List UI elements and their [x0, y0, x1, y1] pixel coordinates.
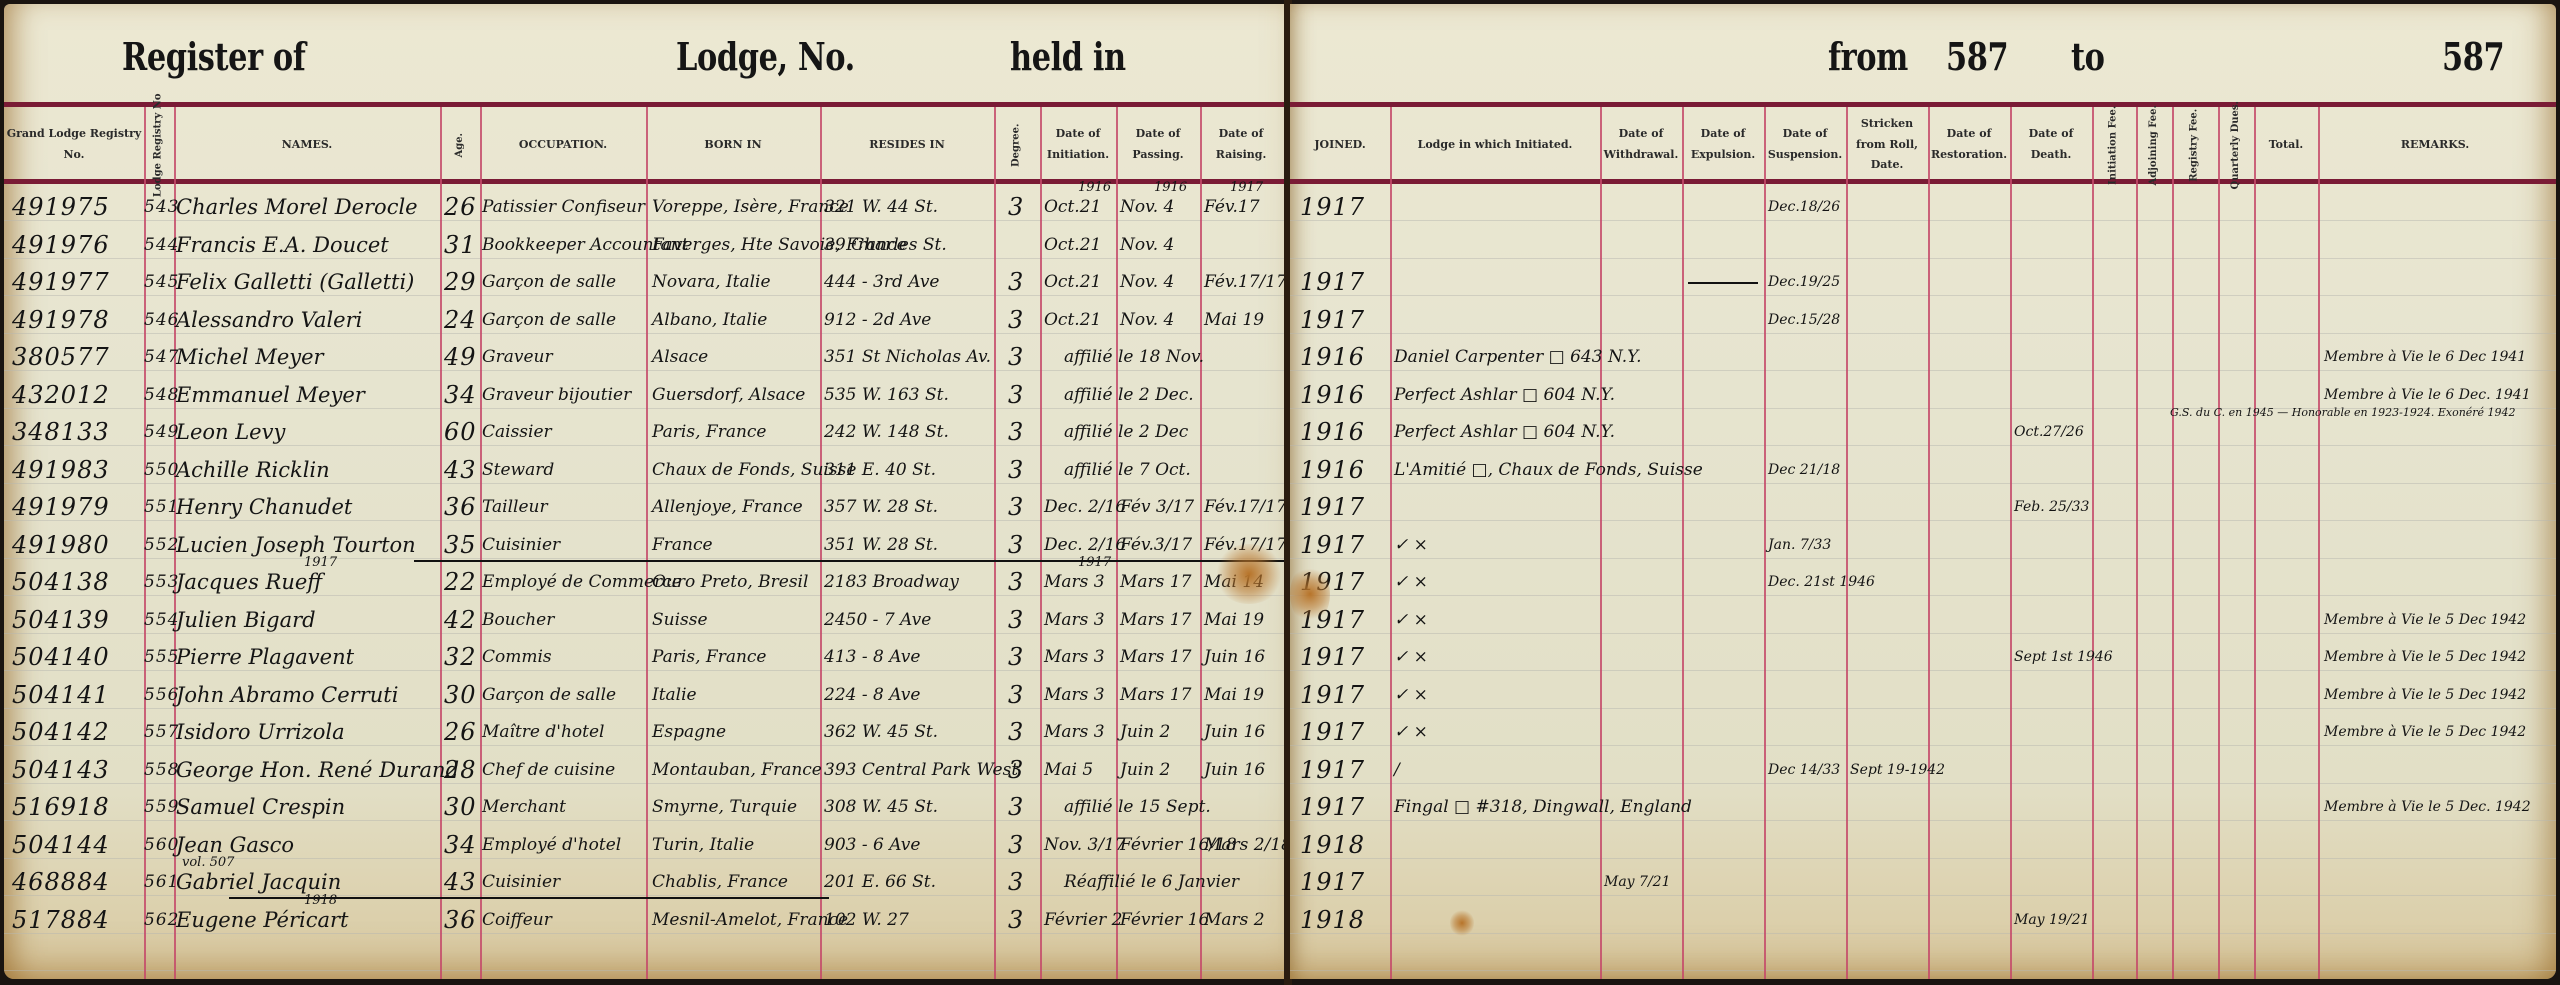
member-degree: 3 — [1008, 678, 1038, 712]
member-age: 26 — [444, 715, 478, 749]
member-residence: 201 E. 66 St. — [824, 865, 992, 899]
column-header-label: Date of Raising. — [1200, 124, 1282, 166]
ruled-line — [1290, 520, 2556, 521]
title-from-value: 587 — [1946, 34, 2008, 79]
date-joined: 1917 — [1300, 528, 1390, 562]
date-withdrawal: May 7/21 — [1604, 865, 1684, 899]
member-birthplace: Mesnil-Amelot, France — [652, 903, 818, 937]
column-header-label: Degree. — [1012, 123, 1023, 167]
member-age: 49 — [444, 340, 478, 374]
member-name: Isidoro Urrizola — [176, 715, 438, 749]
column-rule — [1040, 107, 1042, 979]
title-held-in: held in — [1010, 34, 1126, 79]
ruled-line — [1290, 295, 2556, 296]
lodge-initiated: Perfect Ashlar □ 604 N.Y. — [1394, 378, 1684, 412]
member-occupation: Chef de cuisine — [482, 753, 646, 787]
grand-lodge-registry-no: 516918 — [12, 790, 144, 824]
member-occupation: Tailleur — [482, 490, 646, 524]
lodge-initiated: ✓ × — [1394, 603, 1684, 637]
column-rule — [2318, 107, 2320, 979]
member-birthplace: Albano, Italie — [652, 303, 818, 337]
member-residence: 102 W. 27 — [824, 903, 992, 937]
date-initiation: Mars 3 — [1044, 678, 1116, 712]
date-suspension: Jan. 7/33 — [1768, 528, 1848, 562]
date-joined: 1917 — [1300, 790, 1390, 824]
member-occupation: Garçon de salle — [482, 265, 646, 299]
date-suspension: Dec 14/33 — [1768, 753, 1848, 787]
member-degree: 3 — [1008, 378, 1038, 412]
grand-lodge-registry-no: 468884 — [12, 865, 144, 899]
affiliation-note: affilié le 18 Nov. — [1064, 340, 1204, 374]
header-bottom-rule — [1290, 179, 2556, 184]
member-occupation: Employé de Commerce — [482, 565, 646, 599]
column-header-total: Total. — [2254, 112, 2318, 178]
date-death: Oct.27/26 — [2014, 415, 2094, 449]
right-page: from 587 to 587 JOINED.Lodge in which In… — [1290, 4, 2556, 979]
member-degree: 3 — [1008, 715, 1038, 749]
column-header-death: Date of Death. — [2010, 112, 2092, 178]
member-birthplace: Montauban, France — [652, 753, 818, 787]
remarks-text: Membre à Vie le 6 Dec 1941 — [2324, 340, 2554, 374]
column-header-withdrawal: Date of Withdrawal. — [1600, 112, 1682, 178]
section-divider-line — [414, 560, 1284, 562]
column-header-label: Adjoining Fee. — [2149, 105, 2160, 185]
ruled-line — [1290, 220, 2556, 221]
member-residence: 224 - 8 Ave — [824, 678, 992, 712]
column-header-raising: Date of Raising. — [1200, 112, 1282, 178]
affiliation-note: affilié le 2 Dec — [1064, 415, 1188, 449]
member-residence: 903 - 6 Ave — [824, 828, 992, 862]
member-name: Michel Meyer — [176, 340, 438, 374]
passing-year: 1916 — [1154, 180, 1187, 195]
column-rule — [1764, 107, 1766, 979]
remarks-text: Membre à Vie le 5 Dec 1942 — [2324, 603, 2554, 637]
date-joined: 1917 — [1300, 715, 1390, 749]
member-name: Samuel Crespin — [176, 790, 438, 824]
date-joined: 1917 — [1300, 490, 1390, 524]
member-birthplace: Guersdorf, Alsace — [652, 378, 818, 412]
column-header-name: NAMES. — [174, 112, 440, 178]
member-age: 34 — [444, 828, 478, 862]
member-degree: 3 — [1008, 790, 1038, 824]
ruled-line — [1290, 895, 2556, 896]
date-joined: 1917 — [1300, 265, 1390, 299]
left-page: Register of Lodge, No. held in Grand Lod… — [4, 4, 1286, 979]
date-raising: Mars 2/18 — [1204, 828, 1284, 862]
date-initiation: Nov. 3/17 — [1044, 828, 1116, 862]
member-birthplace: Allenjoye, France — [652, 490, 818, 524]
member-birthplace: Faverges, Hte Savoie, France — [652, 228, 818, 262]
member-degree: 3 — [1008, 190, 1038, 224]
title-to: to — [2071, 34, 2105, 79]
date-joined: 1916 — [1300, 453, 1390, 487]
date-passing: Nov. 4 — [1120, 228, 1200, 262]
date-joined: 1916 — [1300, 415, 1390, 449]
grand-lodge-registry-no: 380577 — [12, 340, 144, 374]
member-birthplace: Ouro Preto, Bresil — [652, 565, 818, 599]
column-header-label: Lodge Registry No — [154, 93, 165, 197]
member-age: 36 — [444, 903, 478, 937]
member-occupation: Graveur — [482, 340, 646, 374]
column-header-label: Date of Death. — [2010, 124, 2092, 166]
date-suspension: Dec 21/18 — [1768, 453, 1848, 487]
member-age: 24 — [444, 303, 478, 337]
member-name: Eugene Péricart — [176, 903, 438, 937]
date-initiation: Février 2 — [1044, 903, 1116, 937]
column-header-occupation: OCCUPATION. — [480, 112, 646, 178]
member-residence: 535 W. 163 St. — [824, 378, 992, 412]
column-header-label: Date of Restoration. — [1928, 124, 2010, 166]
column-header-born-in: BORN IN — [646, 112, 820, 178]
member-birthplace: Turin, Italie — [652, 828, 818, 862]
date-raising: Mars 2 — [1204, 903, 1284, 937]
grand-lodge-registry-no: 504144 — [12, 828, 144, 862]
title-register-of: Register of — [122, 34, 305, 79]
remarks-text: Membre à Vie le 5 Dec 1942 — [2324, 678, 2554, 712]
ruled-line — [1290, 970, 2556, 971]
member-age: 35 — [444, 528, 478, 562]
column-header-label: Lodge in which Initiated. — [1418, 135, 1573, 156]
column-header-label: Stricken from Roll, Date. — [1846, 114, 1928, 177]
column-header-label: Date of Expulsion. — [1682, 124, 1764, 166]
date-initiation: Mai 5 — [1044, 753, 1116, 787]
date-passing: Juin 2 — [1120, 753, 1200, 787]
ruled-line — [1290, 333, 2556, 334]
column-rule — [2172, 107, 2174, 979]
column-header-initiation: Date of Initiation. — [1040, 112, 1116, 178]
title-lodge-no: Lodge, No. — [676, 34, 855, 79]
ruled-line — [1290, 258, 2556, 259]
column-header-grand-lodge-no: Grand Lodge Registry No. — [4, 112, 144, 178]
date-raising: Juin 16 — [1204, 715, 1284, 749]
member-birthplace: Novara, Italie — [652, 265, 818, 299]
column-header-label: Grand Lodge Registry No. — [4, 124, 144, 166]
column-header-lodge-no: Lodge Registry No — [144, 112, 174, 178]
name-annotation: 1917 — [304, 555, 337, 570]
date-suspension: Dec.19/25 — [1768, 265, 1848, 299]
date-passing: Nov. 4 — [1120, 303, 1200, 337]
member-occupation: Garçon de salle — [482, 678, 646, 712]
date-passing: Nov. 4 — [1120, 265, 1200, 299]
struck-out-entry — [1688, 282, 1758, 284]
column-header-registry-fee: Registry Fee. — [2172, 112, 2218, 178]
member-residence: 242 W. 148 St. — [824, 415, 992, 449]
member-degree: 3 — [1008, 640, 1038, 674]
member-age: 34 — [444, 378, 478, 412]
ruled-line — [1290, 933, 2556, 934]
column-header-lodge-initiated: Lodge in which Initiated. — [1390, 112, 1600, 178]
grand-lodge-registry-no: 432012 — [12, 378, 144, 412]
date-initiation: Dec. 2/16 — [1044, 490, 1116, 524]
column-rule — [2092, 107, 2094, 979]
grand-lodge-registry-no: 491983 — [12, 453, 144, 487]
member-age: 30 — [444, 790, 478, 824]
initiation-year: 1916 — [1078, 180, 1111, 195]
grand-lodge-registry-no: 491980 — [12, 528, 144, 562]
column-rule — [994, 107, 996, 979]
column-header-label: Age. — [455, 133, 466, 158]
member-degree: 3 — [1008, 565, 1038, 599]
member-age: 29 — [444, 265, 478, 299]
date-stricken: Sept 19-1942 — [1850, 753, 1930, 787]
column-header-joined: JOINED. — [1290, 112, 1390, 178]
column-header-initiation-fee: Initiation Fee. — [2092, 112, 2136, 178]
member-age: 43 — [444, 865, 478, 899]
member-residence: 351 W. 28 St. — [824, 528, 992, 562]
column-rule — [2254, 107, 2256, 979]
affiliation-note: affilié le 2 Dec. — [1064, 378, 1194, 412]
affiliation-note: affilié le 15 Sept. — [1064, 790, 1211, 824]
lodge-initiated: ✓ × — [1394, 528, 1684, 562]
member-occupation: Steward — [482, 453, 646, 487]
member-degree: 3 — [1008, 453, 1038, 487]
grand-lodge-registry-no: 491976 — [12, 228, 144, 262]
member-residence: 2450 - 7 Ave — [824, 603, 992, 637]
date-initiation: Mars 3 — [1044, 640, 1116, 674]
grand-lodge-registry-no: 504142 — [12, 715, 144, 749]
column-header-label: Date of Passing. — [1116, 124, 1200, 166]
date-raising: Juin 16 — [1204, 753, 1284, 787]
member-age: 28 — [444, 753, 478, 787]
member-age: 31 — [444, 228, 478, 262]
date-passing: Mars 17 — [1120, 565, 1200, 599]
column-header-label: REMARKS. — [2401, 135, 2469, 156]
lodge-initiated: Fingal □ #318, Dingwall, England — [1394, 790, 1684, 824]
date-initiation: Mars 3 — [1044, 603, 1116, 637]
affiliation-note: Réaffilié le 6 Janvier — [1064, 865, 1239, 899]
member-birthplace: Chaux de Fonds, Suisse — [652, 453, 818, 487]
member-occupation: Coiffeur — [482, 903, 646, 937]
grand-lodge-registry-no: 517884 — [12, 903, 144, 937]
column-header-remarks: REMARKS. — [2318, 112, 2552, 178]
header-top-rule — [1290, 102, 2556, 107]
member-degree: 3 — [1008, 528, 1038, 562]
date-death: Feb. 25/33 — [2014, 490, 2094, 524]
member-age: 36 — [444, 490, 478, 524]
member-residence: 2183 Broadway — [824, 565, 992, 599]
title-from: from — [1828, 34, 1908, 79]
member-residence: 39 Charles St. — [824, 228, 992, 262]
grand-lodge-registry-no: 348133 — [12, 415, 144, 449]
initiation-year: 1917 — [1078, 555, 1111, 570]
member-residence: 311 E. 40 St. — [824, 453, 992, 487]
remarks-text: Membre à Vie le 5 Dec 1942 — [2324, 640, 2554, 674]
column-header-label: Date of Suspension. — [1764, 124, 1846, 166]
date-joined: 1917 — [1300, 753, 1390, 787]
column-header-quarterly-dues: Quarterly Dues. — [2218, 112, 2254, 178]
header-top-rule — [4, 102, 1286, 107]
column-rule — [440, 107, 442, 979]
date-initiation: Oct.21 — [1044, 190, 1116, 224]
date-raising: Mai 19 — [1204, 678, 1284, 712]
member-degree: 3 — [1008, 265, 1038, 299]
date-joined: 1917 — [1300, 865, 1390, 899]
remarks-text: Membre à Vie le 5 Dec. 1942 — [2324, 790, 2554, 824]
column-header-label: Date of Initiation. — [1040, 124, 1116, 166]
member-birthplace: Alsace — [652, 340, 818, 374]
date-initiation: Oct.21 — [1044, 303, 1116, 337]
member-name: Julien Bigard — [176, 603, 438, 637]
member-birthplace: Italie — [652, 678, 818, 712]
date-initiation: Mars 3 — [1044, 715, 1116, 749]
date-joined: 1916 — [1300, 340, 1390, 374]
column-header-label: Quarterly Dues. — [2231, 101, 2242, 190]
lodge-initiated: / — [1394, 753, 1684, 787]
grand-lodge-registry-no: 504143 — [12, 753, 144, 787]
column-rule — [2136, 107, 2138, 979]
member-residence: 912 - 2d Ave — [824, 303, 992, 337]
member-occupation: Commis — [482, 640, 646, 674]
member-occupation: Merchant — [482, 790, 646, 824]
date-joined: 1917 — [1300, 678, 1390, 712]
member-name: Alessandro Valeri — [176, 303, 438, 337]
stain — [1450, 909, 1474, 937]
member-residence: 444 - 3rd Ave — [824, 265, 992, 299]
member-name: Pierre Plagavent — [176, 640, 438, 674]
lodge-initiated: ✓ × — [1394, 715, 1684, 749]
date-joined: 1918 — [1300, 828, 1390, 862]
date-initiation: Oct.21 — [1044, 265, 1116, 299]
date-passing: Février 16 — [1120, 903, 1200, 937]
member-name: Achille Ricklin — [176, 453, 438, 487]
column-header-adjoining-fee: Adjoining Fee. — [2136, 112, 2172, 178]
date-passing: Mars 17 — [1120, 678, 1200, 712]
title-to-value: 587 — [2442, 34, 2504, 79]
member-name: John Abramo Cerruti — [176, 678, 438, 712]
column-rule — [2010, 107, 2012, 979]
date-raising: Mai 19 — [1204, 303, 1284, 337]
date-joined: 1917 — [1300, 640, 1390, 674]
lodge-initiated: L'Amitié □, Chaux de Fonds, Suisse — [1394, 453, 1684, 487]
lodge-initiated: ✓ × — [1394, 640, 1684, 674]
date-suspension: Dec. 21st 1946 — [1768, 565, 1848, 599]
affiliation-note: affilié le 7 Oct. — [1064, 453, 1191, 487]
column-rule — [1928, 107, 1930, 979]
member-occupation: Cuisinier — [482, 865, 646, 899]
member-age: 30 — [444, 678, 478, 712]
member-residence: 357 W. 28 St. — [824, 490, 992, 524]
member-degree: 3 — [1008, 865, 1038, 899]
column-header-age: Age. — [440, 112, 480, 178]
member-birthplace: Espagne — [652, 715, 818, 749]
member-name: Jacques Rueff — [176, 565, 438, 599]
grand-lodge-registry-no: 504139 — [12, 603, 144, 637]
column-header-label: NAMES. — [282, 135, 333, 156]
date-raising: Juin 16 — [1204, 640, 1284, 674]
member-occupation: Garçon de salle — [482, 303, 646, 337]
date-raising: Fév.17 — [1204, 190, 1284, 224]
lodge-initiated: Perfect Ashlar □ 604 N.Y. — [1394, 415, 1684, 449]
ruled-line — [1290, 858, 2556, 859]
date-death: Sept 1st 1946 — [2014, 640, 2094, 674]
member-birthplace: Paris, France — [652, 640, 818, 674]
member-name: Henry Chanudet — [176, 490, 438, 524]
lodge-initiated: ✓ × — [1394, 565, 1684, 599]
column-header-label: Initiation Fee. — [2109, 105, 2120, 184]
date-joined: 1917 — [1300, 190, 1390, 224]
date-initiation: Oct.21 — [1044, 228, 1116, 262]
date-passing: Février 16/18 — [1120, 828, 1200, 862]
member-occupation: Employé d'hotel — [482, 828, 646, 862]
grand-lodge-registry-no: 504140 — [12, 640, 144, 674]
member-occupation: Cuisinier — [482, 528, 646, 562]
member-age: 42 — [444, 603, 478, 637]
member-occupation: Maître d'hotel — [482, 715, 646, 749]
remarks-text: Membre à Vie le 5 Dec 1942 — [2324, 715, 2554, 749]
column-header-label: JOINED. — [1314, 135, 1365, 156]
date-death: May 19/21 — [2014, 903, 2094, 937]
member-residence: 413 - 8 Ave — [824, 640, 992, 674]
member-occupation: Graveur bijoutier — [482, 378, 646, 412]
date-passing: Mars 17 — [1120, 603, 1200, 637]
date-joined: 1916 — [1300, 378, 1390, 412]
column-header-label: Date of Withdrawal. — [1600, 124, 1682, 166]
member-degree: 3 — [1008, 753, 1038, 787]
date-suspension: Dec.15/28 — [1768, 303, 1848, 337]
column-rule — [2218, 107, 2220, 979]
date-raising: Mai 19 — [1204, 603, 1284, 637]
column-header-restoration: Date of Restoration. — [1928, 112, 2010, 178]
member-occupation: Patissier Confiseur — [482, 190, 646, 224]
member-residence: 362 W. 45 St. — [824, 715, 992, 749]
member-birthplace: Smyrne, Turquie — [652, 790, 818, 824]
member-residence: 321 W. 44 St. — [824, 190, 992, 224]
ruled-line — [4, 970, 1286, 971]
member-residence: 351 St Nicholas Av. — [824, 340, 992, 374]
date-passing: Mars 17 — [1120, 640, 1200, 674]
grand-lodge-registry-no: 491979 — [12, 490, 144, 524]
member-degree: 3 — [1008, 828, 1038, 862]
lodge-initiated: Daniel Carpenter □ 643 N.Y. — [1394, 340, 1684, 374]
lodge-initiated: ✓ × — [1394, 678, 1684, 712]
member-name: Francis E.A. Doucet — [176, 228, 438, 262]
name-annotation: 1918 — [304, 893, 337, 908]
member-name: Felix Galletti (Galletti) — [176, 265, 438, 299]
member-name: Charles Morel Derocle — [176, 190, 438, 224]
member-degree: 3 — [1008, 903, 1038, 937]
member-degree: 3 — [1008, 415, 1038, 449]
column-header-label: OCCUPATION. — [519, 135, 607, 156]
member-degree: 3 — [1008, 340, 1038, 374]
date-joined: 1918 — [1300, 903, 1390, 937]
member-age: 22 — [444, 565, 478, 599]
name-annotation: vol. 507 — [182, 855, 234, 870]
member-degree: 3 — [1008, 490, 1038, 524]
date-initiation: Mars 3 — [1044, 565, 1116, 599]
column-header-expulsion: Date of Expulsion. — [1682, 112, 1764, 178]
grand-lodge-registry-no: 491978 — [12, 303, 144, 337]
member-name: George Hon. René Durand — [176, 753, 438, 787]
stain — [1214, 544, 1284, 604]
column-header-passing: Date of Passing. — [1116, 112, 1200, 178]
column-header-label: Registry Fee. — [2190, 108, 2201, 181]
column-header-label: Total. — [2269, 135, 2303, 156]
date-raising: Fév.17/17 — [1204, 490, 1284, 524]
member-degree: 3 — [1008, 603, 1038, 637]
member-birthplace: Suisse — [652, 603, 818, 637]
member-birthplace: Paris, France — [652, 415, 818, 449]
remarks-note: G.S. du C. en 1945 — Honorable en 1923-1… — [2170, 396, 2516, 430]
date-passing: Fév.3/17 — [1120, 528, 1200, 562]
column-header-suspension: Date of Suspension. — [1764, 112, 1846, 178]
section-divider-line — [229, 897, 829, 899]
stain — [1290, 564, 1330, 624]
grand-lodge-registry-no: 504138 — [12, 565, 144, 599]
grand-lodge-registry-no: 491977 — [12, 265, 144, 299]
column-header-resides-in: RESIDES IN — [820, 112, 994, 178]
grand-lodge-registry-no: 504141 — [12, 678, 144, 712]
column-rule — [1390, 107, 1392, 979]
